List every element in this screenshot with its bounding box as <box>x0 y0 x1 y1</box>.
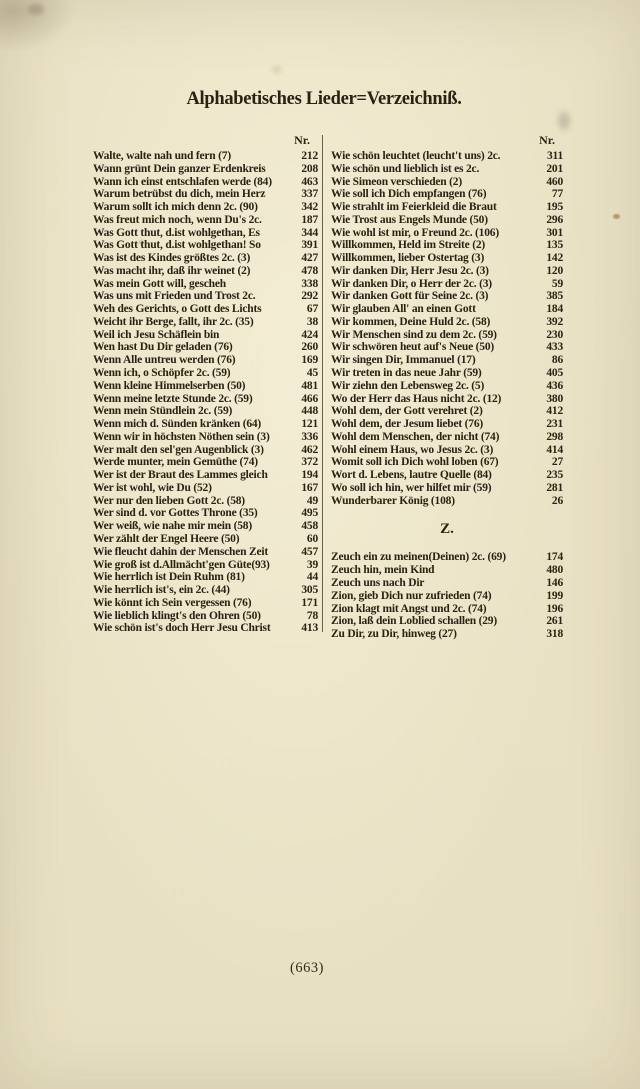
song-number: 427 <box>291 252 318 265</box>
index-entry: Wer ist wohl, wie Du (52)167 <box>93 482 318 495</box>
song-title: Wie könnt ich Sein vergessen (76) <box>93 597 291 610</box>
song-title: Wenn wir in höchsten Nöthen sein (3) <box>93 431 291 444</box>
song-number: 121 <box>291 418 318 431</box>
column-header-nr-right: Nr. <box>331 133 563 150</box>
index-column-right: Nr. Wie schön leuchtet (leucht't uns) 2c… <box>331 133 563 641</box>
song-title: Warum betrübst du dich, mein Herz <box>93 188 291 201</box>
song-title: Wann ich einst entschlafen werde (84) <box>93 176 291 189</box>
song-title: Warum sollt ich mich denn 2c. (90) <box>93 201 291 214</box>
song-title: Zion klagt mit Angst und 2c. (74) <box>331 603 536 616</box>
song-number: 26 <box>536 495 563 508</box>
song-title: Wohl dem, der Gott verehret (2) <box>331 405 536 418</box>
song-title: Zion, laß dein Loblied schallen (29) <box>331 615 536 628</box>
index-entry: Wie schön ist's doch Herr Jesu Christ413 <box>93 622 318 635</box>
song-title: Wort d. Lebens, lautre Quelle (84) <box>331 469 536 482</box>
song-number: 292 <box>291 290 318 303</box>
column-header-nr-left: Nr. <box>93 133 318 150</box>
song-title: Wir kommen, Deine Huld 2c. (58) <box>331 316 536 329</box>
song-number: 201 <box>536 163 563 176</box>
index-entry: Was freut mich noch, wenn Du's 2c.187 <box>93 214 318 227</box>
song-title: Wer nur den lieben Gott 2c. (58) <box>93 495 291 508</box>
index-entry: Wir danken Dir, o Herr der 2c. (3)59 <box>331 278 563 291</box>
index-entry: Wir treten in das neue Jahr (59)405 <box>331 367 563 380</box>
index-entry: Zion klagt mit Angst und 2c. (74)196 <box>331 603 563 616</box>
column-divider-rule <box>322 135 323 632</box>
song-number: 199 <box>536 590 563 603</box>
index-entry: Weil ich Jesu Schäflein bin424 <box>93 329 318 342</box>
song-title: Wir danken Gott für Seine 2c. (3) <box>331 290 536 303</box>
index-entry: Warum betrübst du dich, mein Herz337 <box>93 188 318 201</box>
song-number: 405 <box>536 367 563 380</box>
song-title: Wir treten in das neue Jahr (59) <box>331 367 536 380</box>
song-number: 424 <box>291 329 318 342</box>
song-number: 337 <box>291 188 318 201</box>
index-entry: Wohl dem, der Gott verehret (2)412 <box>331 405 563 418</box>
song-title: Wie fleucht dahin der Menschen Zeit <box>93 546 291 559</box>
song-title: Wie groß ist d.Allmächt'gen Güte(93) <box>93 559 291 572</box>
index-entry: Wort d. Lebens, lautre Quelle (84)235 <box>331 469 563 482</box>
song-number: 298 <box>536 431 563 444</box>
index-entry: Wie fleucht dahin der Menschen Zeit457 <box>93 546 318 559</box>
index-entry: Wir danken Dir, Herr Jesu 2c. (3)120 <box>331 265 563 278</box>
index-entry: Wie strahlt im Feierkleid die Braut195 <box>331 201 563 214</box>
index-entry: Werde munter, mein Gemüthe (74)372 <box>93 456 318 469</box>
song-number: 466 <box>291 393 318 406</box>
song-number: 318 <box>536 628 563 641</box>
song-title: Wie schön ist's doch Herr Jesu Christ <box>93 622 291 635</box>
song-number: 174 <box>536 551 563 564</box>
song-number: 261 <box>536 615 563 628</box>
song-number: 414 <box>536 444 563 457</box>
song-title: Was freut mich noch, wenn Du's 2c. <box>93 214 291 227</box>
song-title: Weicht ihr Berge, fallt, ihr 2c. (35) <box>93 316 291 329</box>
song-number: 385 <box>536 290 563 303</box>
index-entry: Wie könnt ich Sein vergessen (76)171 <box>93 597 318 610</box>
song-number: 281 <box>536 482 563 495</box>
song-number: 38 <box>291 316 318 329</box>
song-number: 448 <box>291 405 318 418</box>
song-title: Willkommen, lieber Ostertag (3) <box>331 252 536 265</box>
song-title: Wo der Herr das Haus nicht 2c. (12) <box>331 393 536 406</box>
song-number: 338 <box>291 278 318 291</box>
book-page: Alphabetisches Lieder=Verzeichniß. Nr. W… <box>0 0 640 1089</box>
index-entry: Wie groß ist d.Allmächt'gen Güte(93)39 <box>93 559 318 572</box>
song-number: 235 <box>536 469 563 482</box>
index-entry: Wie Simeon verschieden (2)460 <box>331 176 563 189</box>
song-title: Wohl dem, der Jesum liebet (76) <box>331 418 536 431</box>
song-number: 67 <box>291 303 318 316</box>
index-entry: Was macht ihr, daß ihr weinet (2)478 <box>93 265 318 278</box>
index-column-left: Nr. Walte, walte nah und fern (7)212Wann… <box>93 133 318 635</box>
song-number: 457 <box>291 546 318 559</box>
song-number: 342 <box>291 201 318 214</box>
index-entry: Wohl dem, der Jesum liebet (76)231 <box>331 418 563 431</box>
index-entry: Wohl dem Menschen, der nicht (74)298 <box>331 431 563 444</box>
song-number: 208 <box>291 163 318 176</box>
index-entry: Wen hast Du Dir geladen (76)260 <box>93 341 318 354</box>
index-entry: Was Gott thut, d.ist wohlgethan, Es344 <box>93 227 318 240</box>
song-number: 495 <box>291 507 318 520</box>
index-entry: Zu Dir, zu Dir, hinweg (27)318 <box>331 628 563 641</box>
song-title: Zu Dir, zu Dir, hinweg (27) <box>331 628 536 641</box>
song-title: Walte, walte nah und fern (7) <box>93 150 291 163</box>
song-title: Wenn Alle untreu werden (76) <box>93 354 291 367</box>
index-entry: Wer zählt der Engel Heere (50)60 <box>93 533 318 546</box>
song-title: Zeuch hin, mein Kind <box>331 564 536 577</box>
song-title: Was mein Gott will, gescheh <box>93 278 291 291</box>
song-title: Wer ist wohl, wie Du (52) <box>93 482 291 495</box>
song-title: Wer malt den sel'gen Augenblick (3) <box>93 444 291 457</box>
song-number: 336 <box>291 431 318 444</box>
index-entry: Wie wohl ist mir, o Freund 2c. (106)301 <box>331 227 563 240</box>
song-number: 260 <box>291 341 318 354</box>
song-title: Wann grünt Dein ganzer Erdenkreis <box>93 163 291 176</box>
song-title: Was macht ihr, daß ihr weinet (2) <box>93 265 291 278</box>
song-number: 135 <box>536 239 563 252</box>
song-title: Wer ist der Braut des Lammes gleich <box>93 469 291 482</box>
song-title: Wenn ich, o Schöpfer 2c. (59) <box>93 367 291 380</box>
index-entry: Wenn meine letzte Stunde 2c. (59)466 <box>93 393 318 406</box>
song-title: Wie herrlich ist Dein Ruhm (81) <box>93 571 291 584</box>
song-title: Wo soll ich hin, wer hilfet mir (59) <box>331 482 536 495</box>
index-entry: Wenn mich d. Sünden kränken (64)121 <box>93 418 318 431</box>
index-entry: Wer sind d. vor Gottes Throne (35)495 <box>93 507 318 520</box>
song-number: 392 <box>536 316 563 329</box>
entry-list-right-w: Wie schön leuchtet (leucht't uns) 2c.311… <box>331 150 563 507</box>
song-title: Wohl dem Menschen, der nicht (74) <box>331 431 536 444</box>
song-number: 458 <box>291 520 318 533</box>
song-number: 481 <box>291 380 318 393</box>
song-number: 344 <box>291 227 318 240</box>
song-title: Wir glauben All' an einen Gott <box>331 303 536 316</box>
index-entry: Wir singen Dir, Immanuel (17)86 <box>331 354 563 367</box>
index-entry: Wir Menschen sind zu dem 2c. (59)230 <box>331 329 563 342</box>
song-number: 391 <box>291 239 318 252</box>
song-number: 433 <box>536 341 563 354</box>
index-entry: Womit soll ich Dich wohl loben (67)27 <box>331 456 563 469</box>
song-title: Wen hast Du Dir geladen (76) <box>93 341 291 354</box>
song-number: 305 <box>291 584 318 597</box>
song-number: 184 <box>536 303 563 316</box>
song-title: Wer zählt der Engel Heere (50) <box>93 533 291 546</box>
index-entry: Wenn kleine Himmelserben (50)481 <box>93 380 318 393</box>
index-entry: Wie schön und lieblich ist es 2c.201 <box>331 163 563 176</box>
song-number: 49 <box>291 495 318 508</box>
index-entry: Zeuch hin, mein Kind480 <box>331 564 563 577</box>
song-number: 480 <box>536 564 563 577</box>
index-entry: Wohl einem Haus, wo Jesus 2c. (3)414 <box>331 444 563 457</box>
index-entry: Wer weiß, wie nahe mir mein (58)458 <box>93 520 318 533</box>
index-entry: Was uns mit Frieden und Trost 2c.292 <box>93 290 318 303</box>
index-entry: Wann ich einst entschlafen werde (84)463 <box>93 176 318 189</box>
song-number: 230 <box>536 329 563 342</box>
index-entry: Wer ist der Braut des Lammes gleich194 <box>93 469 318 482</box>
song-title: Wir singen Dir, Immanuel (17) <box>331 354 536 367</box>
entry-list-right-z: Zeuch ein zu meinen(Deinen) 2c. (69)174Z… <box>331 551 563 640</box>
song-title: Was Gott thut, d.ist wohlgethan, Es <box>93 227 291 240</box>
song-number: 59 <box>536 278 563 291</box>
song-title: Wunderbarer König (108) <box>331 495 536 508</box>
song-number: 27 <box>536 456 563 469</box>
index-entry: Willkommen, lieber Ostertag (3)142 <box>331 252 563 265</box>
song-number: 195 <box>536 201 563 214</box>
song-title: Wir danken Dir, Herr Jesu 2c. (3) <box>331 265 536 278</box>
paper-stain <box>272 66 282 73</box>
index-entry: Wie Trost aus Engels Munde (50)296 <box>331 214 563 227</box>
index-entry: Weh des Gerichts, o Gott des Lichts67 <box>93 303 318 316</box>
song-title: Wie Simeon verschieden (2) <box>331 176 536 189</box>
index-entry: Wenn mein Stündlein 2c. (59)448 <box>93 405 318 418</box>
song-number: 44 <box>291 571 318 584</box>
song-number: 39 <box>291 559 318 572</box>
index-entry: Zion, gieb Dich nur zufrieden (74)199 <box>331 590 563 603</box>
song-title: Wie herrlich ist's, ein 2c. (44) <box>93 584 291 597</box>
index-entry: Wer malt den sel'gen Augenblick (3)462 <box>93 444 318 457</box>
index-entry: Wie herrlich ist's, ein 2c. (44)305 <box>93 584 318 597</box>
index-entry: Wie lieblich klingt's den Ohren (50)78 <box>93 610 318 623</box>
song-number: 436 <box>536 380 563 393</box>
song-title: Wie soll ich Dich empfangen (76) <box>331 188 536 201</box>
song-number: 296 <box>536 214 563 227</box>
song-title: Wir Menschen sind zu dem 2c. (59) <box>331 329 536 342</box>
index-entry: Wir glauben All' an einen Gott184 <box>331 303 563 316</box>
song-title: Wie wohl ist mir, o Freund 2c. (106) <box>331 227 536 240</box>
song-title: Wenn kleine Himmelserben (50) <box>93 380 291 393</box>
song-title: Womit soll ich Dich wohl loben (67) <box>331 456 536 469</box>
song-number: 460 <box>536 176 563 189</box>
song-number: 146 <box>536 577 563 590</box>
index-entry: Wer nur den lieben Gott 2c. (58)49 <box>93 495 318 508</box>
song-title: Wenn mein Stündlein 2c. (59) <box>93 405 291 418</box>
song-title: Wir ziehn den Lebensweg 2c. (5) <box>331 380 536 393</box>
entry-list-left: Walte, walte nah und fern (7)212Wann grü… <box>93 150 318 635</box>
song-number: 196 <box>536 603 563 616</box>
song-title: Wenn mich d. Sünden kränken (64) <box>93 418 291 431</box>
index-entry: Wir schwören heut auf's Neue (50)433 <box>331 341 563 354</box>
section-heading-z: Z. <box>331 507 563 551</box>
index-entry: Wenn wir in höchsten Nöthen sein (3)336 <box>93 431 318 444</box>
index-entry: Wann grünt Dein ganzer Erdenkreis208 <box>93 163 318 176</box>
song-title: Was uns mit Frieden und Trost 2c. <box>93 290 291 303</box>
song-number: 187 <box>291 214 318 227</box>
song-title: Wer sind d. vor Gottes Throne (35) <box>93 507 291 520</box>
song-number: 463 <box>291 176 318 189</box>
index-entry: Was mein Gott will, gescheh338 <box>93 278 318 291</box>
song-number: 171 <box>291 597 318 610</box>
page-title: Alphabetisches Lieder=Verzeichniß. <box>8 89 640 110</box>
index-entry: Was Gott thut, d.ist wohlgethan! So391 <box>93 239 318 252</box>
index-entry: Wo soll ich hin, wer hilfet mir (59)281 <box>331 482 563 495</box>
song-number: 231 <box>536 418 563 431</box>
index-entry: Wunderbarer König (108)26 <box>331 495 563 508</box>
song-title: Weh des Gerichts, o Gott des Lichts <box>93 303 291 316</box>
index-entry: Wie schön leuchtet (leucht't uns) 2c.311 <box>331 150 563 163</box>
song-title: Wer weiß, wie nahe mir mein (58) <box>93 520 291 533</box>
index-entry: Wo der Herr das Haus nicht 2c. (12)380 <box>331 393 563 406</box>
index-entry: Walte, walte nah und fern (7)212 <box>93 150 318 163</box>
song-title: Wie schön leuchtet (leucht't uns) 2c. <box>331 150 536 163</box>
song-number: 86 <box>536 354 563 367</box>
paper-stain <box>558 112 570 130</box>
song-title: Wenn meine letzte Stunde 2c. (59) <box>93 393 291 406</box>
song-number: 120 <box>536 265 563 278</box>
song-number: 301 <box>536 227 563 240</box>
index-entry: Wir danken Gott für Seine 2c. (3)385 <box>331 290 563 303</box>
song-title: Wie schön und lieblich ist es 2c. <box>331 163 536 176</box>
song-number: 60 <box>291 533 318 546</box>
song-title: Werde munter, mein Gemüthe (74) <box>93 456 291 469</box>
song-title: Wohl einem Haus, wo Jesus 2c. (3) <box>331 444 536 457</box>
song-number: 372 <box>291 456 318 469</box>
song-number: 412 <box>536 405 563 418</box>
song-number: 194 <box>291 469 318 482</box>
song-title: Was Gott thut, d.ist wohlgethan! So <box>93 239 291 252</box>
song-number: 169 <box>291 354 318 367</box>
song-number: 311 <box>536 150 563 163</box>
index-entry: Wir kommen, Deine Huld 2c. (58)392 <box>331 316 563 329</box>
index-entry: Zeuch ein zu meinen(Deinen) 2c. (69)174 <box>331 551 563 564</box>
song-number: 212 <box>291 150 318 163</box>
song-number: 380 <box>536 393 563 406</box>
song-title: Zeuch uns nach Dir <box>331 577 536 590</box>
song-title: Weil ich Jesu Schäflein bin <box>93 329 291 342</box>
song-title: Willkommen, Held im Streite (2) <box>331 239 536 252</box>
song-number: 478 <box>291 265 318 278</box>
index-entry: Warum sollt ich mich denn 2c. (90)342 <box>93 201 318 214</box>
song-number: 45 <box>291 367 318 380</box>
paper-stain <box>28 4 44 15</box>
index-entry: Willkommen, Held im Streite (2)135 <box>331 239 563 252</box>
paper-stain <box>613 214 620 219</box>
song-title: Zeuch ein zu meinen(Deinen) 2c. (69) <box>331 551 536 564</box>
song-number: 413 <box>291 622 318 635</box>
song-title: Wie Trost aus Engels Munde (50) <box>331 214 536 227</box>
song-title: Wie strahlt im Feierkleid die Braut <box>331 201 536 214</box>
song-title: Wie lieblich klingt's den Ohren (50) <box>93 610 291 623</box>
index-entry: Wenn Alle untreu werden (76)169 <box>93 354 318 367</box>
index-entry: Was ist des Kindes größtes 2c. (3)427 <box>93 252 318 265</box>
song-number: 78 <box>291 610 318 623</box>
song-number: 462 <box>291 444 318 457</box>
song-number: 167 <box>291 482 318 495</box>
song-title: Was ist des Kindes größtes 2c. (3) <box>93 252 291 265</box>
song-title: Zion, gieb Dich nur zufrieden (74) <box>331 590 536 603</box>
index-entry: Wie soll ich Dich empfangen (76)77 <box>331 188 563 201</box>
song-title: Wir schwören heut auf's Neue (50) <box>331 341 536 354</box>
index-entry: Weicht ihr Berge, fallt, ihr 2c. (35)38 <box>93 316 318 329</box>
page-number: (663) <box>250 960 364 977</box>
index-entry: Zeuch uns nach Dir146 <box>331 577 563 590</box>
song-title: Wir danken Dir, o Herr der 2c. (3) <box>331 278 536 291</box>
index-entry: Wie herrlich ist Dein Ruhm (81)44 <box>93 571 318 584</box>
index-entry: Zion, laß dein Loblied schallen (29)261 <box>331 615 563 628</box>
index-entry: Wenn ich, o Schöpfer 2c. (59)45 <box>93 367 318 380</box>
song-number: 142 <box>536 252 563 265</box>
index-entry: Wir ziehn den Lebensweg 2c. (5)436 <box>331 380 563 393</box>
song-number: 77 <box>536 188 563 201</box>
